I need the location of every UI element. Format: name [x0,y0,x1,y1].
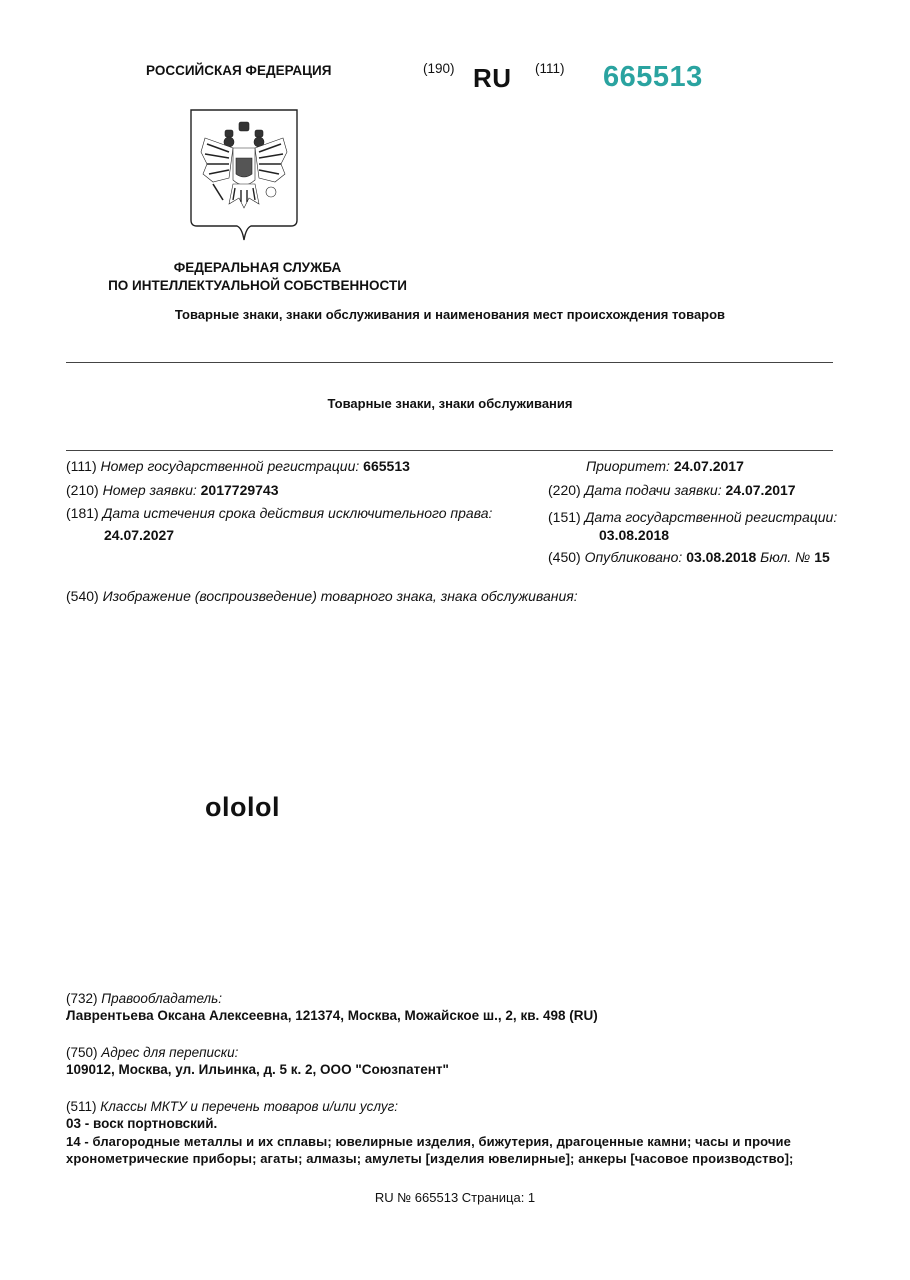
trademark-text: ololol [205,792,280,823]
registration-number-header: 665513 [603,61,703,94]
field-label: Дата государственной регистрации: [585,509,838,525]
field-label: Классы МКТУ и перечень товаров и/или усл… [100,1099,398,1114]
inid-code: (540) [66,588,99,604]
country-name: РОССИЙСКАЯ ФЕДЕРАЦИЯ [146,63,331,78]
field-priority: Приоритет: 24.07.2017 [586,458,744,474]
russian-coat-of-arms-icon [189,108,299,242]
document-subtitle: Товарные знаки, знаки обслуживания и наи… [0,307,900,322]
inid-code: (511) [66,1099,97,1114]
divider-bottom [66,450,833,451]
field-holder: (732) Правообладатель: [66,991,222,1006]
agency-line-1: ФЕДЕРАЛЬНАЯ СЛУЖБА [85,259,430,277]
field-label: Приоритет: [586,458,670,474]
inid-code-111: (111) [535,61,565,76]
field-filing-date: (220) Дата подачи заявки: 24.07.2017 [548,482,796,498]
field-label: Правообладатель: [101,991,222,1006]
class-item: 14 - благородные металлы и их сплавы; юв… [66,1133,866,1167]
field-label: Дата истечения срока действия исключител… [103,505,493,521]
field-application-number: (210) Номер заявки: 2017729743 [66,482,279,498]
class-item: 03 - воск портновский. [66,1116,217,1131]
field-value: 2017729743 [201,482,279,498]
field-classes: (511) Классы МКТУ и перечень товаров и/и… [66,1099,398,1114]
divider-top [66,362,833,363]
field-value: 24.07.2017 [674,458,744,474]
registration-date-value: 03.08.2018 [599,527,669,543]
inid-code: (111) [66,458,97,474]
holder-value: Лаврентьева Оксана Алексеевна, 121374, М… [66,1008,598,1023]
field-expiry-date: (181) Дата истечения срока действия искл… [66,505,492,521]
field-label: Опубликовано: [585,549,683,565]
field-label: Номер заявки: [103,482,197,498]
field-value: 03.08.2018 [686,549,756,565]
country-code: RU [473,63,512,94]
field-label: Адрес для переписки: [101,1045,238,1060]
bulletin-label: Бюл. № [760,549,810,565]
agency-line-2: ПО ИНТЕЛЛЕКТУАЛЬНОЙ СОБСТВЕННОСТИ [85,277,430,295]
field-value: 24.07.2017 [726,482,796,498]
field-correspondence: (750) Адрес для переписки: [66,1045,238,1060]
field-publication: (450) Опубликовано: 03.08.2018 Бюл. № 15 [548,549,830,565]
section-title: Товарные знаки, знаки обслуживания [0,396,900,411]
field-value: 665513 [363,458,410,474]
field-registration-number: (111) Номер государственной регистрации:… [66,458,410,474]
expiry-date-value: 24.07.2027 [104,527,174,543]
inid-code-190: (190) [423,61,455,76]
page-footer: RU № 665513 Страница: 1 [0,1190,910,1205]
field-label: Дата подачи заявки: [585,482,722,498]
inid-code: (181) [66,505,99,521]
correspondence-value: 109012, Москва, ул. Ильинка, д. 5 к. 2, … [66,1062,449,1077]
inid-code: (732) [66,991,98,1006]
field-label: Номер государственной регистрации: [101,458,360,474]
agency-name: ФЕДЕРАЛЬНАЯ СЛУЖБА ПО ИНТЕЛЛЕКТУАЛЬНОЙ С… [85,259,430,295]
field-label: Изображение (воспроизведение) товарного … [103,588,578,604]
bulletin-value: 15 [814,549,830,565]
field-registration-date: (151) Дата государственной регистрации: [548,509,837,525]
inid-code: (750) [66,1045,98,1060]
inid-code: (210) [66,482,99,498]
inid-code: (450) [548,549,581,565]
field-mark-image: (540) Изображение (воспроизведение) това… [66,588,578,604]
inid-code: (220) [548,482,581,498]
inid-code: (151) [548,509,581,525]
